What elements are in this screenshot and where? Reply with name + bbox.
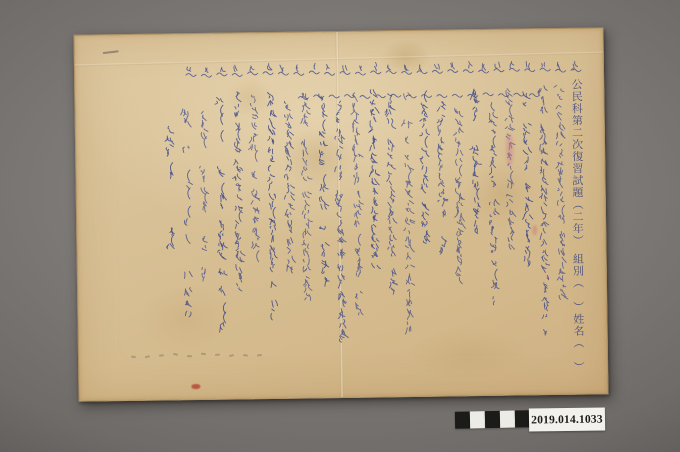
ink-stroke-group: [165, 126, 176, 249]
ink-stroke-group: [554, 85, 568, 299]
red-ink-mark: [191, 384, 200, 389]
faint-imprint-mark: [173, 353, 178, 356]
ink-stroke-group: [186, 59, 581, 77]
ink-stroke-group: [318, 94, 330, 287]
ink-stroke-group: [215, 97, 229, 332]
scale-bar-square: [515, 410, 530, 427]
ink-stroke-group: [298, 92, 539, 100]
manuscript-page: 公民科第二次復習試題（二年） 組別（ ）姓名（ ）: [73, 27, 608, 401]
red-ink-mark: [532, 225, 537, 235]
ink-stroke-group: [199, 111, 210, 281]
ink-stroke-group: [368, 90, 381, 269]
scale-bar-square: [470, 411, 485, 428]
ink-stroke-group: [351, 93, 365, 315]
ink-stroke-group: [300, 93, 314, 300]
ink-stroke-group: [248, 95, 261, 262]
ink-stroke-group: [334, 101, 349, 342]
ink-stroke-group: [505, 89, 517, 250]
faint-imprint-mark: [243, 354, 248, 357]
ink-stroke-group: [385, 94, 398, 295]
catalog-number: 2019.014.1033: [531, 413, 603, 426]
ink-stroke-group: [419, 91, 431, 243]
scale-bar-square: [485, 411, 500, 428]
manuscript-title-column: 公民科第二次復習試題（二年） 組別（ ）姓名（ ）: [568, 79, 586, 379]
ink-stroke-group: [401, 93, 416, 334]
scale-bar-square: [500, 411, 515, 428]
ink-stroke-group: [266, 92, 279, 320]
photo-backdrop: 公民科第二次復習試題（二年） 組別（ ）姓名（ ） 2019.014.1033: [0, 0, 680, 452]
faint-imprint-mark: [187, 355, 192, 357]
ink-stroke-group: [488, 102, 501, 304]
handwriting-ink: [74, 28, 607, 400]
scale-bar-square: [455, 411, 470, 428]
color-scale-bar: [455, 410, 530, 429]
ink-stroke-group: [521, 92, 534, 267]
ink-stroke-group: [231, 92, 245, 291]
ink-stroke-group: [437, 102, 449, 255]
faint-imprint-mark: [131, 355, 136, 358]
ink-stroke-group: [181, 109, 195, 317]
ink-stroke-group: [283, 101, 296, 273]
ink-stroke-group: [453, 108, 466, 284]
ink-stroke-group: [469, 89, 482, 234]
red-ink-mark: [506, 134, 513, 166]
faint-imprint-mark: [159, 354, 164, 356]
catalog-number-label: 2019.014.1033: [529, 407, 605, 431]
ink-stroke-group: [538, 86, 551, 336]
